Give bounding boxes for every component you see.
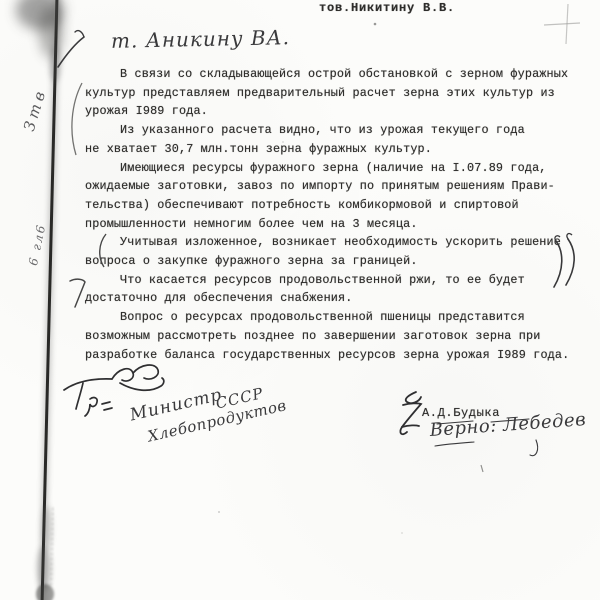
margin-mark-seven [70, 279, 85, 307]
margin-bracket-long [72, 83, 82, 155]
body-line: урожая I989 года. [85, 102, 580, 121]
body-line: вопроса о закупке фуражного зерна за гра… [85, 252, 580, 271]
apostrophe-mark [481, 465, 483, 472]
stamp-remnant [51, 508, 53, 585]
speck [218, 511, 220, 513]
body-line: разработке баланса государственных ресур… [85, 346, 580, 365]
letter-body: В связи со складывающейся острой обстано… [85, 65, 580, 364]
handwritten-addressee: т. Аникину ВА. [111, 25, 291, 53]
body-line: ожидаемые заготовки, завоз по импорту по… [85, 177, 580, 196]
body-line: культур представляем предварительный рас… [85, 84, 580, 103]
body-line: достаточно для обеспечения снабжения. [85, 289, 580, 308]
signature-flourish [400, 392, 421, 434]
body-line: возможным рассмотреть позднее по заверше… [85, 327, 580, 346]
typed-addressee: тов.Никитину В.В. [319, 1, 455, 15]
body-line: Что касается ресурсов продовольственной … [85, 271, 580, 290]
body-line: В связи со складывающейся острой обстано… [85, 65, 580, 84]
ink-smudge-top [16, 0, 64, 30]
check-mark [58, 37, 84, 67]
registration-cross-h [544, 23, 580, 25]
registration-cross-v [566, 4, 568, 44]
ink-smudge-bottom2 [37, 546, 51, 590]
body-line: Имеющиеся ресурсы фуражного зерна (налич… [85, 159, 580, 178]
speck [401, 532, 403, 534]
body-line: Вопрос о ресурсах продовольственной пшен… [85, 308, 580, 327]
ink-smudge-bottom3 [36, 584, 54, 600]
body-line: тельства) обеспечивают потребность комби… [85, 196, 580, 215]
ink-smudge-bottom1 [42, 506, 52, 550]
ink-smudge-top3 [49, 46, 61, 82]
body-line: Учитывая изложенное, возникает необходим… [85, 233, 580, 252]
speck [374, 23, 377, 26]
body-line: Из указанного расчета видно, что из урож… [85, 121, 580, 140]
body-line: промышленности немногим более чем на 3 м… [85, 215, 580, 234]
scanned-document-page: тов.Никитину В.В. т. Аникину ВА. В связи… [0, 0, 600, 600]
margin-note-mid: 6 гл6 [26, 222, 49, 267]
ink-smudge-top2 [39, 6, 63, 58]
check-mark-hook [75, 31, 84, 37]
body-line: не хватает 30,7 млн.тонн зерна фуражных … [85, 140, 580, 159]
margin-note-top: Зтв [20, 86, 50, 134]
